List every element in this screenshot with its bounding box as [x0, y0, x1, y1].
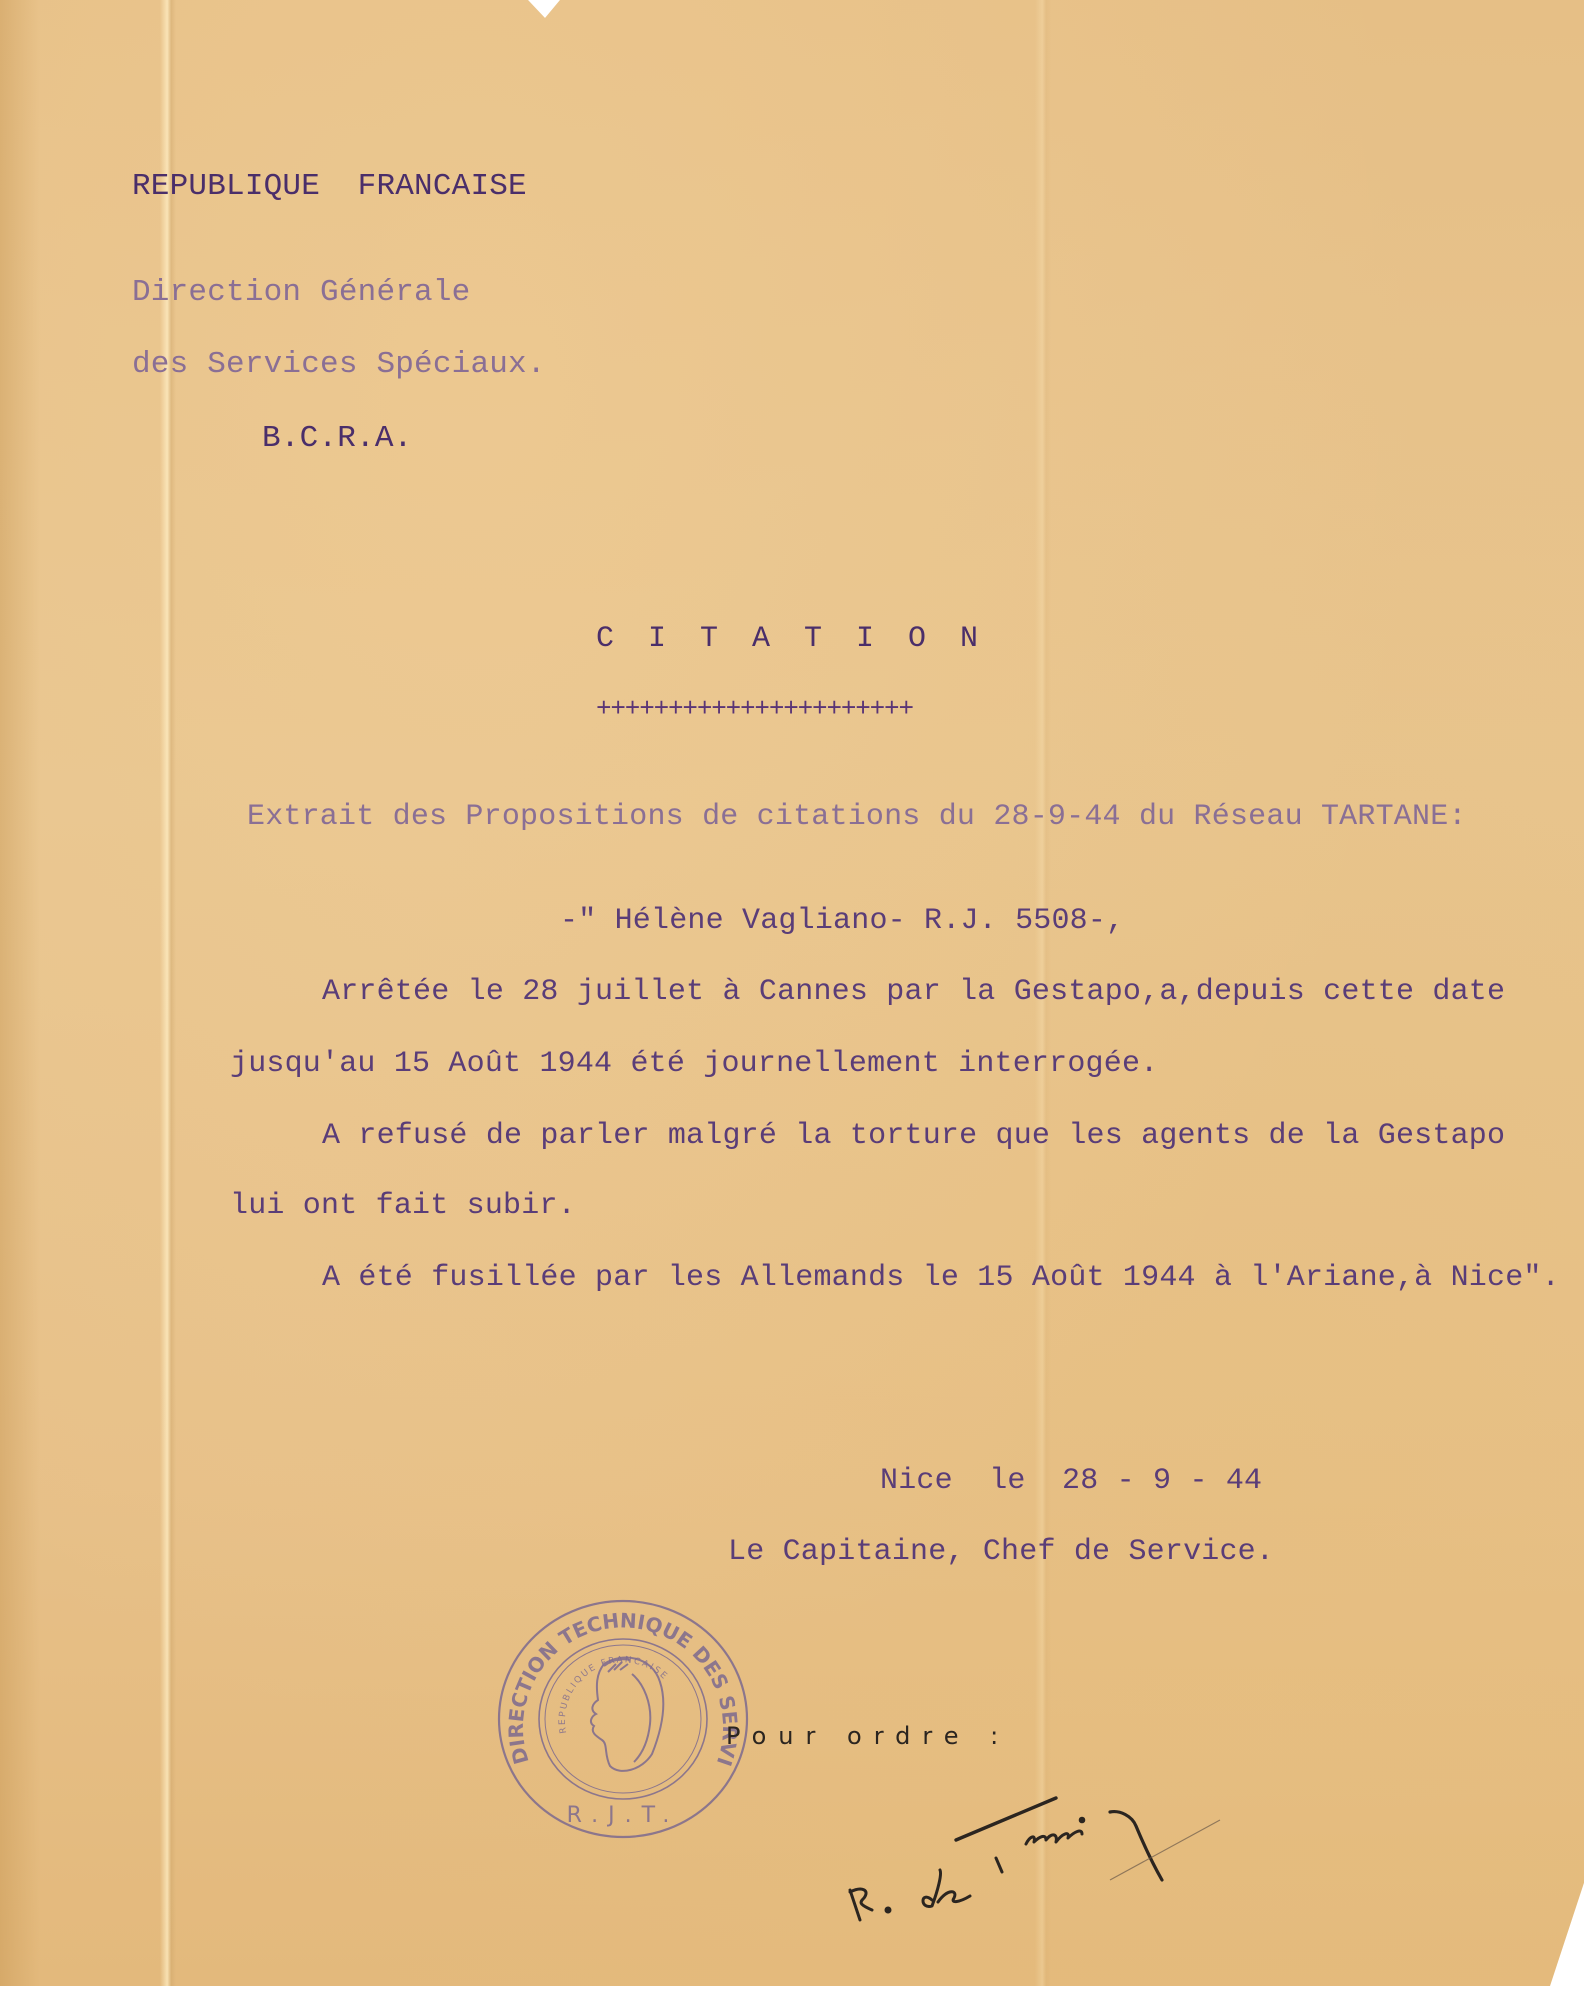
svg-text:DIRECTION TECHNIQUE DES SERVIC: DIRECTION TECHNIQUE DES SERVICES SPECIAU…	[492, 1594, 742, 1769]
letterhead-bcra: B.C.R.A.	[262, 422, 412, 456]
stamp-outer-text: DIRECTION TECHNIQUE DES SERVICES SPECIAU…	[492, 1594, 742, 1769]
letterhead-services: des Services Spéciaux.	[132, 348, 546, 382]
body-line: A refusé de parler malgré la torture que…	[322, 1119, 1505, 1153]
extract-line: Extrait des Propositions de citations du…	[247, 800, 1467, 834]
letterhead-direction: Direction Générale	[132, 276, 470, 310]
document-title: CITATION	[596, 622, 1012, 656]
body-line: Arrêtée le 28 juillet à Cannes par la Ge…	[322, 975, 1505, 1009]
body-line: jusqu'au 15 Août 1944 été journellement …	[230, 1047, 1158, 1081]
document-page: REPUBLIQUE FRANCAISE Direction Générale …	[0, 0, 1584, 1986]
signatory-title: Le Capitaine, Chef de Service.	[728, 1535, 1274, 1569]
stamp-bottom-text: R.J.T.	[567, 1803, 680, 1828]
letterhead-country: REPUBLIQUE FRANCAISE	[132, 170, 527, 204]
place-date: Nice le 28 - 9 - 44	[880, 1464, 1262, 1498]
body-line: lui ont fait subir.	[230, 1189, 576, 1223]
marianne-seal-icon: DIRECTION TECHNIQUE DES SERVICES SPECIAU…	[492, 1594, 754, 1844]
signature: R. de Tinguy	[820, 1740, 1240, 1940]
paper-edge-shadow	[0, 0, 40, 1986]
subject-line: -" Hélène Vagliano- R.J. 5508-,	[560, 904, 1124, 938]
title-underline-rule: ++++++++++++++++++++++	[596, 692, 913, 726]
body-line: A été fusillée par les Allemands le 15 A…	[322, 1261, 1560, 1295]
